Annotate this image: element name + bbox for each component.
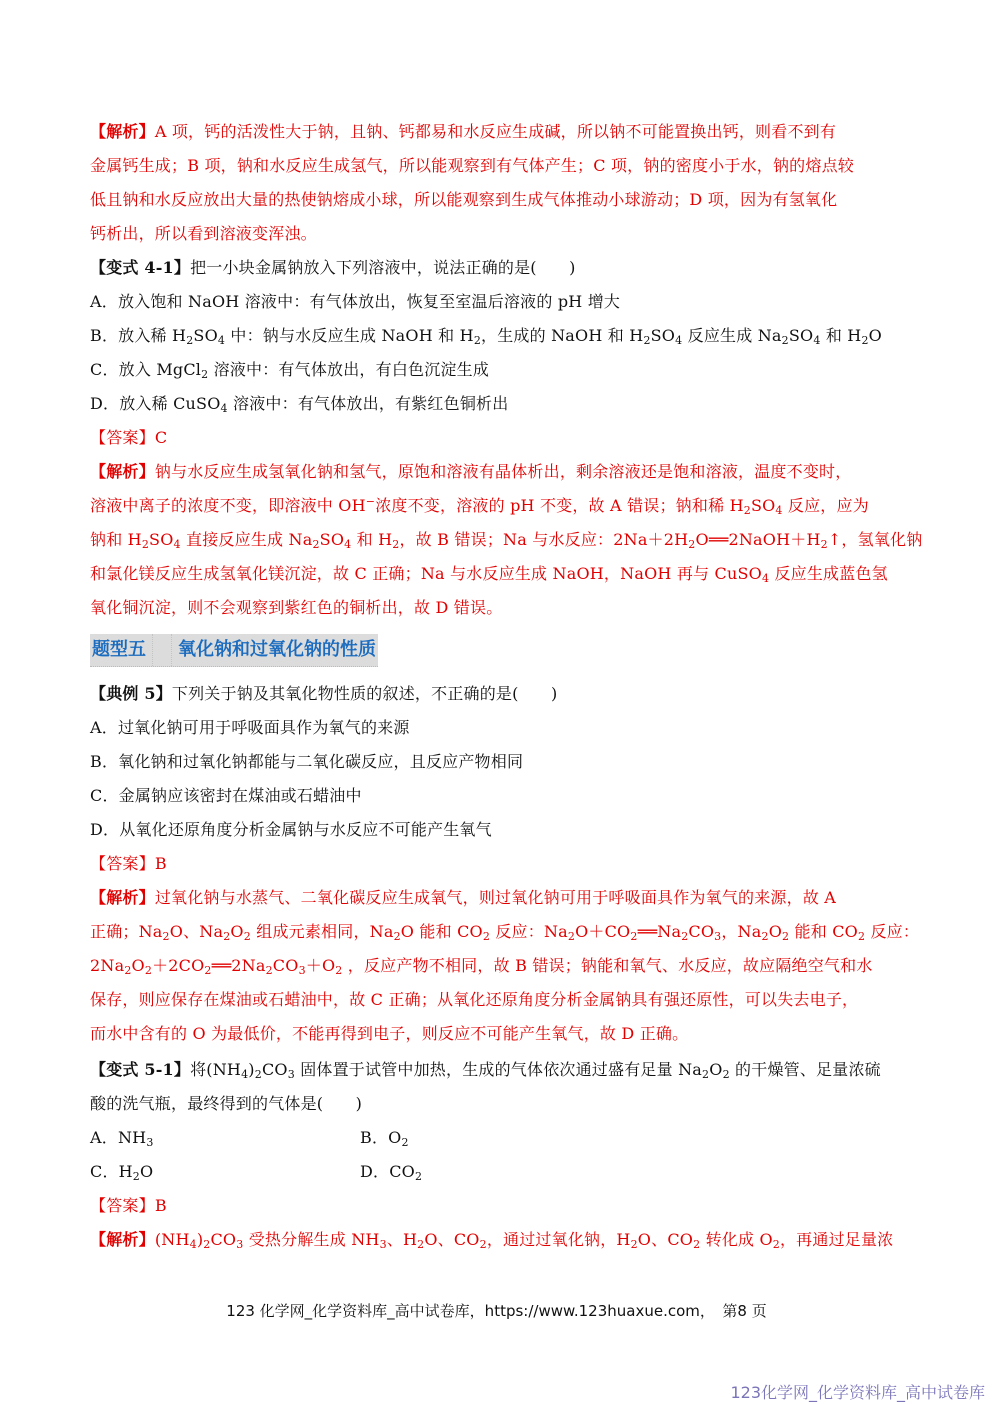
options-row-2: C．H2O D．CO2 — [90, 1162, 910, 1182]
option-a: A．放入饱和 NaOH 溶液中：有气体放出，恢复至室温后溶液的 pH 增大 — [90, 292, 910, 312]
analysis-text: 钙析出，所以看到溶液变浑浊。 — [90, 224, 317, 243]
option-c: C．H2O — [90, 1162, 153, 1181]
section-title: 氧化钠和过氧化钠的性质 — [178, 639, 376, 660]
question-text-line2: 酸的洗气瓶，最终得到的气体是( ) — [90, 1094, 910, 1114]
option-d: D．放入稀 CuSO4 溶液中：有气体放出，有紫红色铜析出 — [90, 394, 910, 414]
answer-value: B — [155, 1196, 167, 1215]
answer-value: B — [155, 854, 167, 873]
analysis-line: 【解析】(NH4)2CO3 受热分解生成 NH3、H2O、CO2，通过过氧化钠，… — [90, 1230, 910, 1250]
question-label: 【典例 5】 — [90, 684, 172, 703]
question-variant-4-1: 【变式 4-1】把一小块金属钠放入下列溶液中，说法正确的是( ) — [90, 258, 910, 278]
analysis-line: 溶液中离子的浓度不变，即溶液中 OH−浓度不变，溶液的 pH 不变，故 A 错误… — [90, 496, 910, 516]
analysis-line: 钠和 H2SO4 直接反应生成 Na2SO4 和 H2，故 B 错误；Na 与水… — [90, 530, 910, 550]
analysis-label: 【解析】 — [90, 1230, 155, 1249]
question-label: 【变式 4-1】 — [90, 258, 190, 277]
answer-label: 【答案】 — [90, 428, 155, 447]
analysis-text: A 项，钙的活泼性大于钠，且钠、钙都易和水反应生成碱，所以钠不可能置换出钙，则看… — [155, 122, 836, 141]
answer-label: 【答案】 — [90, 1196, 155, 1215]
analysis-label: 【解析】 — [90, 462, 155, 481]
answer-line: 【答案】B — [90, 1196, 910, 1216]
option-b: B．氧化钠和过氧化钠都能与二氧化碳反应，且反应产物相同 — [90, 752, 910, 772]
analysis-line: 【解析】钠与水反应生成氢氧化钠和氢气，原饱和溶液有晶体析出，剩余溶液还是饱和溶液… — [90, 462, 910, 482]
question-text: 下列关于钠及其氧化物性质的叙述，不正确的是( ) — [172, 684, 558, 703]
page-footer: 123 化学网_化学资料库_高中试卷库，https://www.123huaxu… — [0, 1300, 993, 1321]
analysis-label: 【解析】 — [90, 122, 155, 141]
option-a: A．过氧化钠可用于呼吸面具作为氧气的来源 — [90, 718, 910, 738]
analysis-line: 【解析】A 项，钙的活泼性大于钠，且钠、钙都易和水反应生成碱，所以钠不可能置换出… — [90, 122, 910, 142]
analysis-line: 氧化铜沉淀，则不会观察到紫红色的铜析出，故 D 错误。 — [90, 598, 910, 618]
question-label: 【变式 5-1】 — [90, 1060, 190, 1079]
analysis-line: 钙析出，所以看到溶液变浑浊。 — [90, 224, 910, 244]
analysis-line: 2Na2O2＋2CO2══2Na2CO3＋O2 ，反应产物不相同，故 B 错误；… — [90, 956, 910, 976]
analysis-line: 金属钙生成；B 项，钠和水反应生成氢气，所以能观察到有气体产生；C 项，钠的密度… — [90, 156, 910, 176]
answer-line: 【答案】C — [90, 428, 910, 448]
answer-value: C — [155, 428, 167, 447]
option-c: C．放入 MgCl2 溶液中：有气体放出，有白色沉淀生成 — [90, 360, 910, 380]
analysis-line: 和氯化镁反应生成氢氧化镁沉淀，故 C 正确；Na 与水反应生成 NaOH，NaO… — [90, 564, 910, 584]
answer-line: 【答案】B — [90, 854, 910, 874]
option-c: C．金属钠应该密封在煤油或石蜡油中 — [90, 786, 910, 806]
option-b: B．O2 — [360, 1128, 409, 1148]
document-page: 【解析】A 项，钙的活泼性大于钠，且钠、钙都易和水反应生成碱，所以钠不可能置换出… — [0, 0, 993, 1404]
question-variant-5-1: 【变式 5-1】将(NH4)2CO3 固体置于试管中加热，生成的气体依次通过盛有… — [90, 1060, 910, 1080]
analysis-line: 正确；Na2O、Na2O2 组成元素相同，Na2O 能和 CO2 反应：Na2O… — [90, 922, 910, 942]
heading-separator — [152, 634, 172, 666]
analysis-line: 低且钠和水反应放出大量的热使钠熔成小球，所以能观察到生成气体推动小球游动；D 项… — [90, 190, 910, 210]
option-d: D．从氧化还原角度分析金属钠与水反应不可能产生氧气 — [90, 820, 910, 840]
analysis-label: 【解析】 — [90, 888, 155, 907]
analysis-text: 金属钙生成；B 项，钠和水反应生成氢气，所以能观察到有气体产生；C 项，钠的密度… — [90, 156, 854, 175]
answer-label: 【答案】 — [90, 854, 155, 873]
option-a: A．NH3 — [90, 1128, 154, 1147]
section-number: 题型五 — [92, 639, 146, 660]
analysis-line: 【解析】过氧化钠与水蒸气、二氧化碳反应生成氧气，则过氧化钠可用于呼吸面具作为氧气… — [90, 888, 910, 908]
question-text: 把一小块金属钠放入下列溶液中，说法正确的是( ) — [190, 258, 576, 277]
option-text: A．放入饱和 NaOH 溶液中：有气体放出，恢复至室温后溶液的 pH 增大 — [90, 292, 620, 311]
watermark-link[interactable]: 123化学网_化学资料库_高中试卷库 — [730, 1380, 985, 1403]
analysis-line: 而水中含有的 O 为最低价，不能再得到电子，则反应不可能产生氧气，故 D 正确。 — [90, 1024, 910, 1044]
section-heading: 题型五氧化钠和过氧化钠的性质 — [90, 634, 378, 667]
options-row-1: A．NH3 B．O2 — [90, 1128, 910, 1148]
analysis-line: 保存，则应保存在煤油或石蜡油中，故 C 正确；从氧化还原角度分析金属钠具有强还原… — [90, 990, 910, 1010]
question-example-5: 【典例 5】下列关于钠及其氧化物性质的叙述，不正确的是( ) — [90, 684, 910, 704]
option-d: D．CO2 — [360, 1162, 422, 1182]
option-b: B．放入稀 H2SO4 中：钠与水反应生成 NaOH 和 H2，生成的 NaOH… — [90, 326, 910, 346]
analysis-text: 低且钠和水反应放出大量的热使钠熔成小球，所以能观察到生成气体推动小球游动；D 项… — [90, 190, 837, 209]
